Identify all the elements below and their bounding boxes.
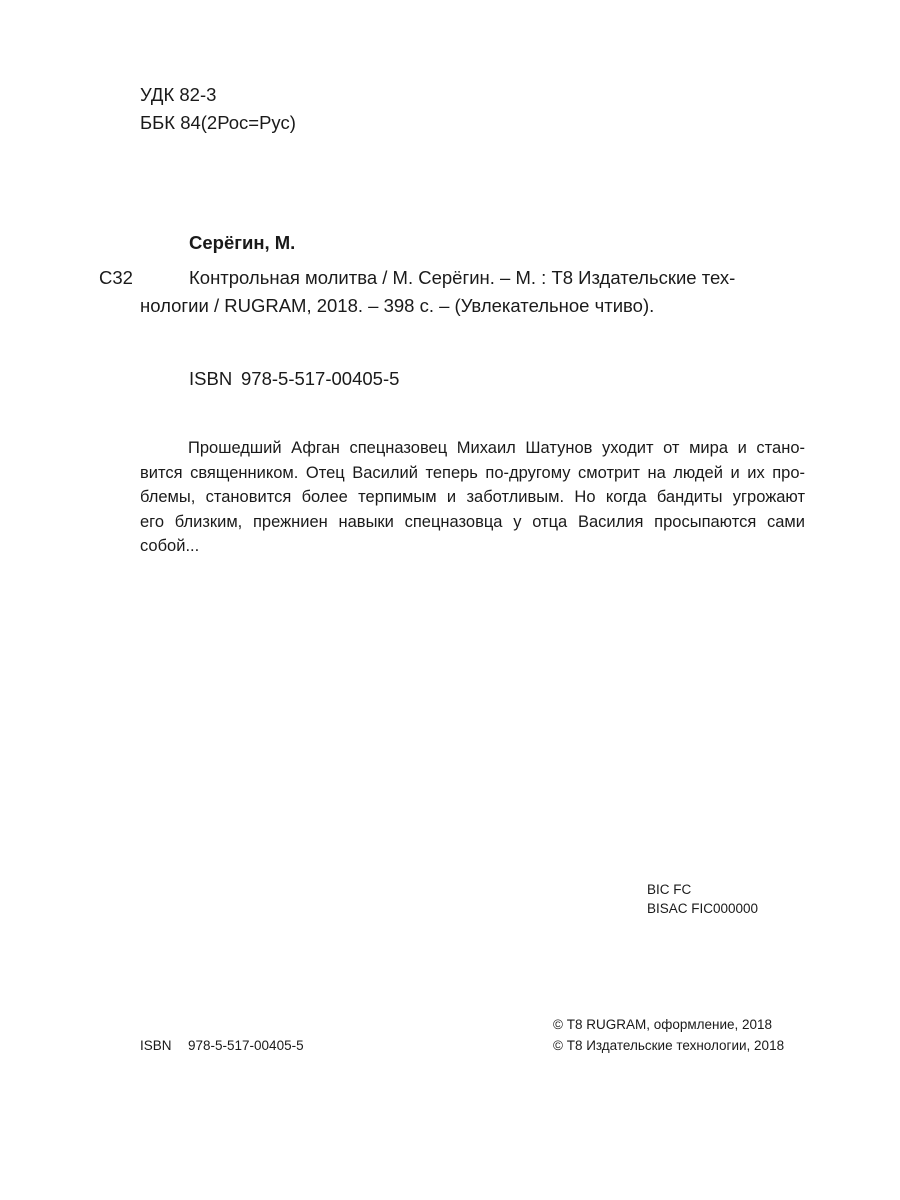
bbk-code: ББК 84(2Рос=Рус) xyxy=(140,108,296,138)
udk-code: УДК 82-3 xyxy=(140,80,216,110)
bisac-code: BISAC FIC000000 xyxy=(647,899,758,919)
annotation: Прошедший Афган спецназовец Михаил Шатун… xyxy=(140,436,805,559)
copyright-line: © Т8 RUGRAM, оформление, 2018 xyxy=(553,1015,772,1035)
isbn-footer: ISBN978-5-517-00405-5 xyxy=(140,1036,304,1056)
copyright-line: © Т8 Издательские технологии, 2018 xyxy=(553,1036,784,1056)
isbn-label: ISBN xyxy=(189,364,241,394)
annotation-line: вится священником. Отец Василий теперь п… xyxy=(140,461,805,486)
bibliographic-description-line-2: нологии / RUGRAM, 2018. – 398 с. – (Увле… xyxy=(140,291,654,321)
isbn-footer-number: 978-5-517-00405-5 xyxy=(188,1038,304,1053)
author-code: С32 xyxy=(99,263,133,293)
annotation-line: собой... xyxy=(140,534,805,559)
isbn-main: ISBN978-5-517-00405-5 xyxy=(189,364,399,394)
bic-code: BIC FC xyxy=(647,880,691,900)
annotation-line: его близким, прежниен навыки спецназовца… xyxy=(140,510,805,535)
isbn-number: 978-5-517-00405-5 xyxy=(241,368,399,389)
annotation-line: Прошедший Афган спецназовец Михаил Шатун… xyxy=(140,436,805,461)
author-heading: Серёгин, М. xyxy=(189,228,295,258)
bibliographic-description-line-1: Контрольная молитва / М. Серёгин. – М. :… xyxy=(189,263,735,293)
annotation-line: блемы, становится более терпимым и забот… xyxy=(140,485,805,510)
isbn-footer-label: ISBN xyxy=(140,1036,188,1056)
